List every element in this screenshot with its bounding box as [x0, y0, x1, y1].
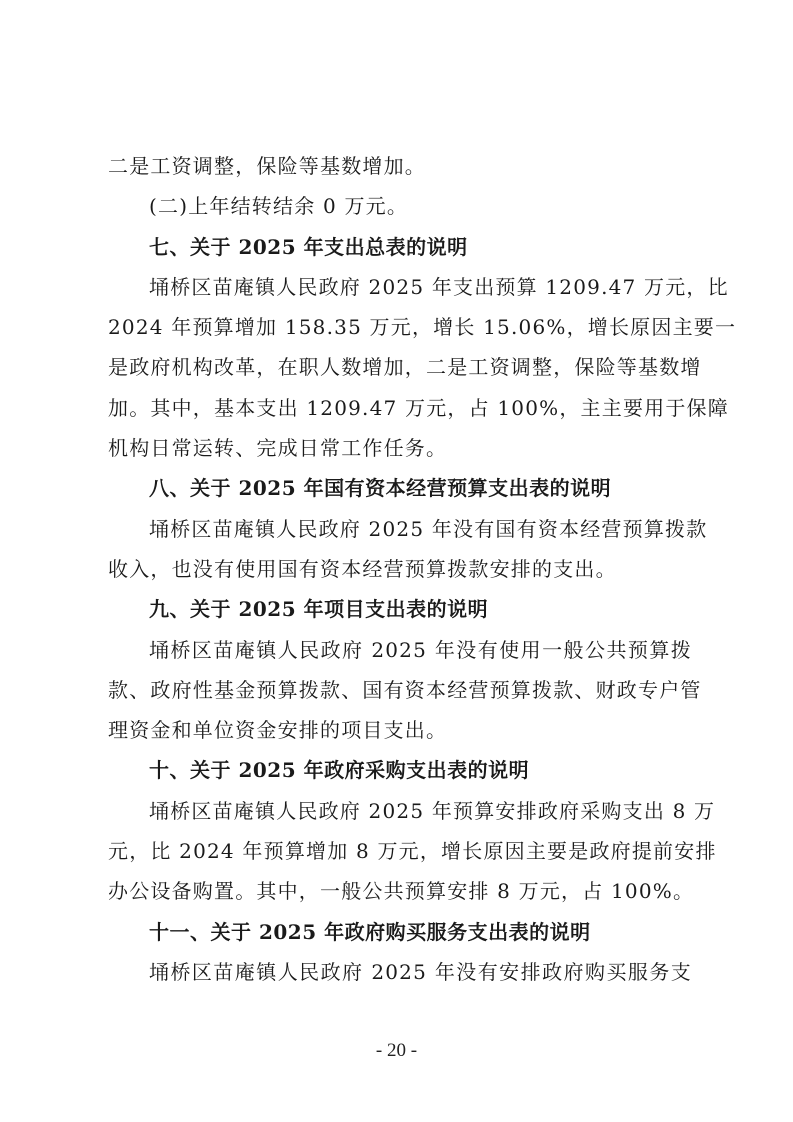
body-text-line: 2024 年预算增加 158.35 万元，增长 15.06%，增长原因主要一: [108, 307, 692, 347]
section-heading-9: 九、关于 2025 年项目支出表的说明: [108, 589, 692, 629]
section-heading-11: 十一、关于 2025 年政府购买服务支出表的说明: [108, 912, 692, 952]
body-text-line: 办公设备购置。其中，一般公共预算安排 8 万元，占 100%。: [108, 871, 692, 911]
section-heading-8: 八、关于 2025 年国有资本经营预算支出表的说明: [108, 468, 692, 508]
body-text-line: 是政府机构改革，在职人数增加，二是工资调整，保险等基数增: [108, 347, 692, 387]
body-text-line: 款、政府性基金预算拨款、国有资本经营预算拨款、财政专户管: [108, 670, 692, 710]
body-text-line: 二是工资调整，保险等基数增加。: [108, 146, 692, 186]
section-heading-10: 十、关于 2025 年政府采购支出表的说明: [108, 750, 692, 790]
body-text-line: 埇桥区苗庵镇人民政府 2025 年没有使用一般公共预算拨: [108, 630, 692, 670]
body-text-line: 机构日常运转、完成日常工作任务。: [108, 428, 692, 468]
body-text-line: 埇桥区苗庵镇人民政府 2025 年预算安排政府采购支出 8 万: [108, 791, 692, 831]
body-text-line: 埇桥区苗庵镇人民政府 2025 年没有国有资本经营预算拨款: [108, 509, 692, 549]
page-number: - 20 -: [0, 1040, 793, 1062]
document-body: 二是工资调整，保险等基数增加。 (二)上年结转结余 0 万元。 七、关于 202…: [108, 146, 692, 992]
body-text-line: 埇桥区苗庵镇人民政府 2025 年支出预算 1209.47 万元，比: [108, 267, 692, 307]
section-heading-7: 七、关于 2025 年支出总表的说明: [108, 227, 692, 267]
body-text-line: 加。其中，基本支出 1209.47 万元，占 100%，主主要用于保障: [108, 388, 692, 428]
body-text-line: 理资金和单位资金安排的项目支出。: [108, 710, 692, 750]
body-text-line: 埇桥区苗庵镇人民政府 2025 年没有安排政府购买服务支: [108, 952, 692, 992]
body-text-line: 元，比 2024 年预算增加 8 万元，增长原因主要是政府提前安排: [108, 831, 692, 871]
body-text-line: (二)上年结转结余 0 万元。: [108, 186, 692, 226]
body-text-line: 收入，也没有使用国有资本经营预算拨款安排的支出。: [108, 549, 692, 589]
